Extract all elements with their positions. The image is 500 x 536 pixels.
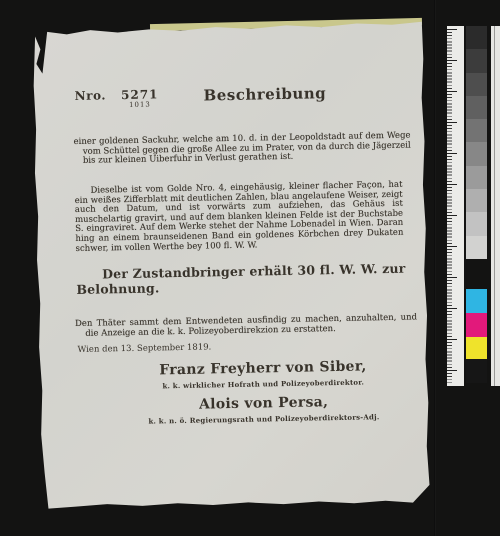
paragraph-watch-details: Dieselbe ist vom Golde Nro. 4, eingehäus… bbox=[74, 181, 403, 254]
grayscale-step bbox=[466, 166, 487, 189]
grayscale-step bbox=[466, 236, 487, 259]
grayscale-step bbox=[466, 119, 487, 142]
document-number: 5271 1013 bbox=[121, 87, 159, 109]
signature-name: Alois von Persa, bbox=[105, 392, 423, 414]
document-title: Beschreibung bbox=[203, 84, 326, 104]
reward-statement: Der Zustandbringer erhält 30 fl. W. W. z… bbox=[76, 261, 413, 297]
signature-title: k. k. wirklicher Hofrath und Polizeyober… bbox=[134, 377, 392, 391]
cyan-patch bbox=[466, 289, 487, 313]
paragraph-instructions: Den Thäter sammt dem Entwendeten ausfind… bbox=[75, 313, 417, 339]
color-calibration-patches bbox=[466, 289, 487, 383]
grayscale-step bbox=[466, 212, 487, 235]
dateline: Wien den 13. September 1819. bbox=[77, 342, 211, 355]
grayscale-step bbox=[466, 73, 487, 96]
signature-block-2: Alois von Persa, k. k. n. ö. Regierungsr… bbox=[105, 392, 423, 426]
grayscale-step bbox=[466, 189, 487, 212]
grayscale-step bbox=[466, 49, 487, 72]
signature-name: Franz Freyherr von Siber, bbox=[134, 358, 392, 379]
scan-stage: Nro. 5271 1013 Beschreibung einer golden… bbox=[0, 0, 500, 536]
background-seam bbox=[434, 0, 436, 536]
document-number-label: Nro. bbox=[75, 88, 107, 103]
grayscale-wedge bbox=[466, 26, 487, 259]
black-patch bbox=[466, 359, 487, 383]
yellow-patch bbox=[466, 337, 487, 359]
ruler-edge-sliver bbox=[491, 26, 500, 386]
ruler-edge-line bbox=[494, 26, 495, 386]
signature-title: k. k. n. ö. Regierungsrath und Polizeyob… bbox=[105, 411, 423, 426]
grayscale-step bbox=[466, 96, 487, 119]
grayscale-step bbox=[466, 26, 487, 49]
magenta-patch bbox=[466, 313, 487, 337]
signature-block-1: Franz Freyherr von Siber, k. k. wirklich… bbox=[134, 358, 392, 391]
document-page: Nro. 5271 1013 Beschreibung einer golden… bbox=[31, 20, 432, 511]
ruler-cm-ticks bbox=[447, 29, 457, 383]
grayscale-step bbox=[466, 142, 487, 165]
ruler bbox=[447, 26, 464, 386]
document-header: Nro. 5271 1013 Beschreibung bbox=[75, 83, 406, 123]
paragraph-description-intro: einer goldenen Sackuhr, welche am 10. d.… bbox=[74, 132, 411, 167]
